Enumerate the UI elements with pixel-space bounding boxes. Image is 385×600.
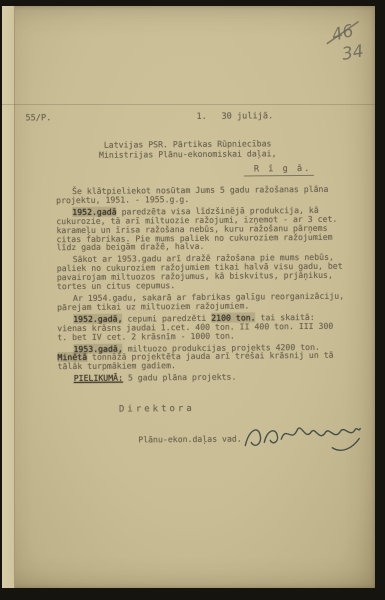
- letter-date: 30 julijā.: [221, 111, 273, 121]
- paragraph-6: 1953.gadā, miltuozo produkcijas projekts…: [57, 342, 345, 371]
- signature-stroke: [245, 427, 360, 451]
- paragraph-7: PIELIKUMĀ: 5 gadu plāna projekts.: [58, 372, 346, 383]
- page-number: 1.: [196, 112, 206, 122]
- address-line-2: Ministrijas Plānu-ekonomiskai daļai,: [57, 148, 319, 160]
- pencil-archive-mark: 46 34: [318, 16, 378, 65]
- paragraph-2: 1952.gadā paredzēta visa līdzšinējā prod…: [56, 205, 344, 252]
- handwritten-signature: [239, 416, 361, 457]
- recipient-address: Latvijas PSR. Pārtikas Rūpniecības Minis…: [57, 139, 319, 160]
- signature-role-label: Plānu-ekon.daļas vad.: [138, 434, 242, 445]
- paragraph-5: 1952.gadā, cepumi paredzēti 2100 ton. ta…: [57, 312, 345, 341]
- signoff-title: Direktora: [119, 404, 195, 415]
- page-content: 46 34 55/P. 1. 30 julijā. Latvijas PSR. …: [0, 4, 378, 589]
- reference-number: 55/P.: [25, 113, 51, 123]
- paragraph-1: Še klātpieliekot nosūtam Jums 5 gadu raž…: [56, 185, 344, 205]
- paragraph-3: Sākot ar 1953.gadu arī dražē ražošana pi…: [57, 253, 345, 291]
- archive-number: 34: [340, 41, 365, 64]
- document-page: 46 34 55/P. 1. 30 julijā. Latvijas PSR. …: [2, 6, 375, 588]
- paragraph-4: Ar 1954.gadu, sakarā ar fabrikas galīgu …: [57, 292, 345, 312]
- city-line: R ī g ā.: [244, 164, 315, 177]
- scanned-letter-screenshot: { "annotation": { "crossed_number": "46"…: [0, 0, 385, 600]
- letter-body: Še klātpieliekot nosūtam Jums 5 gadu raž…: [56, 185, 346, 387]
